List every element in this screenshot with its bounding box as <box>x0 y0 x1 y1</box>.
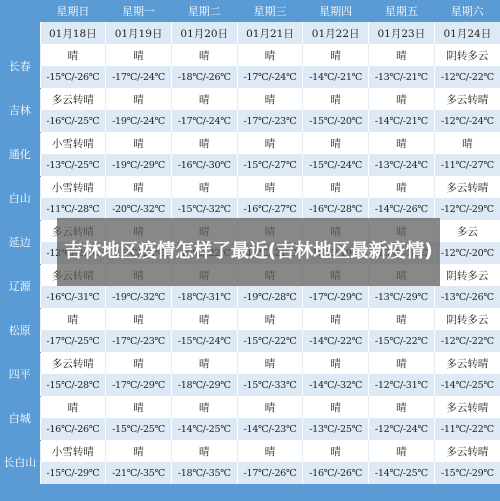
temperature-range: -14℃/-26℃ <box>369 198 435 220</box>
temperature-range: -14℃/-21℃ <box>369 110 435 132</box>
temperature-row: -13℃/-25℃-19℃/-29℃-16℃/-30℃-15℃/-27℃-15℃… <box>0 154 500 176</box>
weather-condition: 小雪转晴 <box>40 440 106 462</box>
weekday-header: 星期五 <box>369 0 435 22</box>
weather-condition: 晴 <box>237 132 303 154</box>
temperature-range: -16℃/-25℃ <box>40 110 106 132</box>
date-header: 01月22日 <box>303 22 369 44</box>
city-name: 白山 <box>0 176 40 220</box>
temperature-range: -17℃/-29℃ <box>106 374 172 396</box>
temperature-range: -15℃/-20℃ <box>303 110 369 132</box>
temperature-row: -17℃/-25℃-17℃/-23℃-15℃/-24℃-15℃/-22℃-14℃… <box>0 330 500 352</box>
temperature-row: -16℃/-31℃-19℃/-32℃-18℃/-31℃-19℃/-28℃-17℃… <box>0 286 500 308</box>
temperature-range: -15℃/-32℃ <box>171 198 237 220</box>
temperature-range: -18℃/-26℃ <box>171 66 237 88</box>
weather-condition: 晴 <box>369 176 435 198</box>
temperature-range: -15℃/-29℃ <box>434 462 500 484</box>
date-header: 01月18日 <box>40 22 106 44</box>
weather-condition: 晴 <box>237 176 303 198</box>
temperature-range: -16℃/-30℃ <box>171 154 237 176</box>
city-name: 辽源 <box>0 264 40 308</box>
weather-row: 长春晴晴晴晴晴晴阴转多云 <box>0 44 500 66</box>
temperature-range: -15℃/-33℃ <box>237 374 303 396</box>
date-header: 01月19日 <box>106 22 172 44</box>
city-name: 长春 <box>0 44 40 88</box>
weather-condition: 晴 <box>369 396 435 418</box>
weather-condition: 晴 <box>40 44 106 66</box>
weather-condition: 晴 <box>106 44 172 66</box>
temperature-row: -15℃/-26℃-17℃/-24℃-18℃/-26℃-17℃/-24℃-14℃… <box>0 66 500 88</box>
weather-condition: 晴 <box>303 308 369 330</box>
temperature-row: -15℃/-28℃-17℃/-29℃-18℃/-29℃-15℃/-33℃-14℃… <box>0 374 500 396</box>
weather-condition: 晴 <box>106 132 172 154</box>
weather-forecast-image: 星期日 星期一 星期二 星期三 星期四 星期五 星期六 01月18日 01月19… <box>0 0 500 501</box>
temperature-range: -16℃/-26℃ <box>303 462 369 484</box>
temperature-range: -12℃/-31℃ <box>369 374 435 396</box>
temperature-range: -17℃/-24℃ <box>171 110 237 132</box>
temperature-range: -16℃/-28℃ <box>303 198 369 220</box>
temperature-range: -15℃/-29℃ <box>40 462 106 484</box>
weather-condition: 晴 <box>171 352 237 374</box>
temperature-range: -15℃/-24℃ <box>171 330 237 352</box>
weather-condition: 晴 <box>106 396 172 418</box>
temperature-range: -14℃/-22℃ <box>303 330 369 352</box>
weather-condition: 晴 <box>171 396 237 418</box>
date-header: 01月23日 <box>369 22 435 44</box>
temperature-range: -14℃/-25℃ <box>369 462 435 484</box>
date-header: 01月21日 <box>237 22 303 44</box>
date-header-row: 01月18日 01月19日 01月20日 01月21日 01月22日 01月23… <box>0 22 500 44</box>
weather-condition: 阴转多云 <box>434 44 500 66</box>
weather-row: 四平多云转晴晴晴晴晴晴多云转晴 <box>0 352 500 374</box>
temperature-range: -15℃/-22℃ <box>369 330 435 352</box>
weather-condition: 小雪转晴 <box>40 132 106 154</box>
weekday-header: 星期六 <box>434 0 500 22</box>
temperature-range: -14℃/-25℃ <box>171 418 237 440</box>
temperature-range: -15℃/-27℃ <box>237 154 303 176</box>
temperature-range: -18℃/-29℃ <box>171 374 237 396</box>
temperature-range: -12℃/-20℃ <box>434 242 500 264</box>
headline-text: 吉林地区疫情怎样了最近(吉林地区最新疫情) <box>64 239 434 265</box>
weather-condition: 晴 <box>303 88 369 110</box>
temperature-range: -18℃/-31℃ <box>171 286 237 308</box>
weather-condition: 晴 <box>434 132 500 154</box>
headline-overlay: 吉林地区疫情怎样了最近(吉林地区最新疫情) <box>57 218 440 286</box>
temperature-range: -13℃/-25℃ <box>303 418 369 440</box>
temperature-range: -13℃/-26℃ <box>434 286 500 308</box>
weather-row: 吉林多云转晴晴晴晴晴晴多云转晴 <box>0 88 500 110</box>
temperature-range: -17℃/-24℃ <box>237 66 303 88</box>
weather-condition: 多云转晴 <box>434 396 500 418</box>
temperature-range: -13℃/-29℃ <box>369 286 435 308</box>
weekday-header: 星期二 <box>171 0 237 22</box>
weather-row: 通化小雪转晴晴晴晴晴晴晴 <box>0 132 500 154</box>
temperature-range: -14℃/-32℃ <box>303 374 369 396</box>
city-name: 长白山 <box>0 440 40 484</box>
weather-condition: 晴 <box>237 396 303 418</box>
weather-condition: 晴 <box>369 440 435 462</box>
weather-condition: 晴 <box>369 88 435 110</box>
temperature-range: -15℃/-26℃ <box>40 66 106 88</box>
weather-condition: 晴 <box>40 308 106 330</box>
weather-condition: 小雪转晴 <box>40 176 106 198</box>
weather-condition: 晴 <box>303 352 369 374</box>
temperature-range: -15℃/-22℃ <box>237 330 303 352</box>
weather-row: 白山小雪转晴晴晴晴晴晴多云转晴 <box>0 176 500 198</box>
temperature-range: -14℃/-23℃ <box>237 418 303 440</box>
weekday-header: 星期四 <box>303 0 369 22</box>
weather-condition: 晴 <box>171 308 237 330</box>
weather-condition: 晴 <box>106 352 172 374</box>
weather-condition: 晴 <box>106 440 172 462</box>
temperature-range: -19℃/-32℃ <box>106 286 172 308</box>
temperature-row: -15℃/-29℃-21℃/-35℃-18℃/-35℃-17℃/-26℃-16℃… <box>0 462 500 484</box>
temperature-range: -15℃/-24℃ <box>303 154 369 176</box>
weather-condition: 晴 <box>106 88 172 110</box>
weather-condition: 多云转晴 <box>434 88 500 110</box>
temperature-range: -12℃/-24℃ <box>434 110 500 132</box>
weather-condition: 晴 <box>106 176 172 198</box>
weather-condition: 晴 <box>237 88 303 110</box>
city-name: 吉林 <box>0 88 40 132</box>
weather-condition: 晴 <box>237 440 303 462</box>
date-header: 01月24日 <box>434 22 500 44</box>
weekday-header-row: 星期日 星期一 星期二 星期三 星期四 星期五 星期六 <box>0 0 500 22</box>
temperature-range: -16℃/-27℃ <box>237 198 303 220</box>
temperature-range: -17℃/-24℃ <box>106 66 172 88</box>
weather-condition: 多云转晴 <box>434 352 500 374</box>
temperature-range: -15℃/-25℃ <box>106 418 172 440</box>
weekday-header: 星期一 <box>106 0 172 22</box>
weather-condition: 多云转晴 <box>40 88 106 110</box>
weather-condition: 晴 <box>303 44 369 66</box>
temperature-range: -17℃/-23℃ <box>237 110 303 132</box>
weather-condition: 晴 <box>303 396 369 418</box>
temperature-range: -11℃/-27℃ <box>434 154 500 176</box>
weather-row: 白城晴晴晴晴晴晴多云转晴 <box>0 396 500 418</box>
temperature-range: -15℃/-28℃ <box>40 374 106 396</box>
temperature-range: -17℃/-26℃ <box>237 462 303 484</box>
weather-condition: 晴 <box>303 440 369 462</box>
temperature-range: -19℃/-29℃ <box>106 154 172 176</box>
weather-condition: 多云 <box>434 220 500 242</box>
weather-condition: 晴 <box>369 308 435 330</box>
weather-row: 松原晴晴晴晴晴晴阴转多云 <box>0 308 500 330</box>
corner-cell <box>0 0 40 22</box>
temperature-range: -20℃/-32℃ <box>106 198 172 220</box>
weather-condition: 晴 <box>303 132 369 154</box>
weather-condition: 多云转晴 <box>434 440 500 462</box>
weather-condition: 晴 <box>171 440 237 462</box>
weather-condition: 晴 <box>171 44 237 66</box>
weather-condition: 晴 <box>303 176 369 198</box>
weather-condition: 晴 <box>171 176 237 198</box>
weather-condition: 晴 <box>369 132 435 154</box>
temperature-range: -11℃/-22℃ <box>434 418 500 440</box>
city-name: 通化 <box>0 132 40 176</box>
weather-condition: 晴 <box>237 352 303 374</box>
temperature-range: -14℃/-21℃ <box>303 66 369 88</box>
weather-condition: 晴 <box>171 132 237 154</box>
city-name: 四平 <box>0 352 40 396</box>
temperature-range: -17℃/-29℃ <box>303 286 369 308</box>
weather-condition: 阴转多云 <box>434 308 500 330</box>
weather-condition: 多云转晴 <box>434 176 500 198</box>
temperature-range: -12℃/-29℃ <box>434 198 500 220</box>
temperature-row: -16℃/-26℃-15℃/-25℃-14℃/-25℃-14℃/-23℃-13℃… <box>0 418 500 440</box>
weather-condition: 晴 <box>369 44 435 66</box>
temperature-range: -12℃/-22℃ <box>434 330 500 352</box>
temperature-range: -21℃/-35℃ <box>106 462 172 484</box>
weather-condition: 阴转多云 <box>434 264 500 286</box>
weekday-header: 星期日 <box>40 0 106 22</box>
weekday-header: 星期三 <box>237 0 303 22</box>
weather-condition: 晴 <box>369 352 435 374</box>
temperature-range: -14℃/-25℃ <box>434 374 500 396</box>
city-name: 白城 <box>0 396 40 440</box>
temperature-range: -18℃/-35℃ <box>171 462 237 484</box>
temperature-range: -12℃/-24℃ <box>369 418 435 440</box>
weather-condition: 晴 <box>237 44 303 66</box>
temperature-range: -12℃/-22℃ <box>434 66 500 88</box>
temperature-range: -16℃/-26℃ <box>40 418 106 440</box>
temperature-range: -13℃/-21℃ <box>369 66 435 88</box>
weather-condition: 晴 <box>106 308 172 330</box>
temperature-row: -16℃/-25℃-19℃/-24℃-17℃/-24℃-17℃/-23℃-15℃… <box>0 110 500 132</box>
temperature-range: -16℃/-31℃ <box>40 286 106 308</box>
weather-condition: 晴 <box>171 88 237 110</box>
temperature-range: -13℃/-24℃ <box>369 154 435 176</box>
temperature-range: -13℃/-25℃ <box>40 154 106 176</box>
weather-row: 长白山小雪转晴晴晴晴晴晴多云转晴 <box>0 440 500 462</box>
temperature-range: -17℃/-25℃ <box>40 330 106 352</box>
weather-condition: 多云转晴 <box>40 352 106 374</box>
temperature-range: -11℃/-28℃ <box>40 198 106 220</box>
weather-condition: 晴 <box>237 308 303 330</box>
temperature-range: -19℃/-24℃ <box>106 110 172 132</box>
temperature-range: -17℃/-23℃ <box>106 330 172 352</box>
date-header: 01月20日 <box>171 22 237 44</box>
city-name: 松原 <box>0 308 40 352</box>
city-name: 延边 <box>0 220 40 264</box>
corner-cell <box>0 22 40 44</box>
temperature-row: -11℃/-28℃-20℃/-32℃-15℃/-32℃-16℃/-27℃-16℃… <box>0 198 500 220</box>
weather-condition: 晴 <box>40 396 106 418</box>
temperature-range: -19℃/-28℃ <box>237 286 303 308</box>
